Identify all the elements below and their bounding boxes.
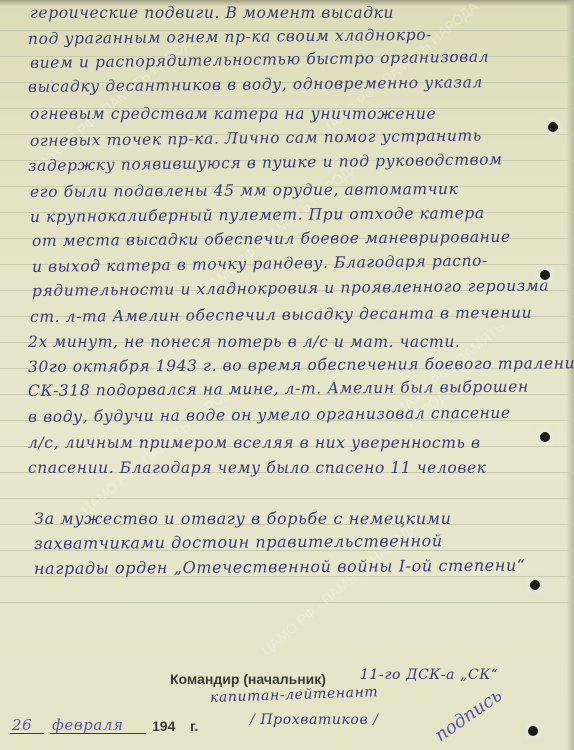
- body-line: под ураганным огнем пр-ка своим хладнокр…: [28, 26, 432, 48]
- body-line: героические подвиги. В момент высадки: [30, 4, 394, 22]
- date-month-underline: [50, 733, 146, 734]
- conclusion-line: захватчиками достоин правительственной: [34, 531, 443, 553]
- body-line: ст. л-та Амелин обеспечил высадку десант…: [30, 304, 532, 326]
- punch-hole: [540, 432, 550, 442]
- body-line: его были подавлены 45 мм орудие, автомат…: [30, 180, 459, 201]
- body-line: огневым средствам катера на уничтожение: [30, 105, 436, 123]
- punch-hole: [540, 270, 550, 280]
- body-line: 30го октября 1943 г. во время обеспечени…: [28, 354, 574, 376]
- conclusion-line: награды орден „Отечественной войны I-ой …: [34, 556, 526, 578]
- document-page: ЦАМО РФ · ПАМЯТЬ НАРОДА ЦАМО РФ · ПАМЯТЬ…: [0, 0, 574, 750]
- ruled-line: [0, 602, 574, 603]
- signature: подпись: [431, 685, 506, 746]
- commander-label: Командир (начальник): [170, 671, 326, 687]
- body-line: от места высадки обеспечил боевое маневр…: [32, 228, 511, 250]
- commander-name: / Прохватиков /: [250, 712, 379, 728]
- body-line: и крупнокалиберный пулемет. При отходе к…: [30, 204, 485, 226]
- body-line: вием и распорядительностью быстро органи…: [30, 48, 489, 72]
- body-line: огневых точек пр-ка. Лично сам помог уст…: [30, 126, 482, 150]
- rank-handwritten: капитан-лейтенант: [210, 684, 379, 706]
- date-suffix: г.: [190, 718, 198, 734]
- body-line: и выход катера в точку рандеву. Благодар…: [32, 252, 488, 276]
- body-line: высадку десантников в воду, одновременно…: [28, 73, 483, 96]
- body-line: рядительности и хладнокровия и проявленн…: [32, 277, 549, 300]
- body-line: спасении. Благодаря чему было спасено 11…: [28, 459, 487, 477]
- date-day: 26: [12, 716, 32, 734]
- body-line: СК-318 подорвался на мине, л-т. Амелин б…: [28, 378, 529, 400]
- body-line: задержку появившуюся в пушке и под руков…: [28, 150, 503, 175]
- body-line: 2х минут, не понеся потерь в л/с и мат. …: [28, 333, 460, 351]
- punch-hole: [528, 726, 538, 736]
- punch-hole: [548, 122, 558, 132]
- watermark: ЦАМО РФ · ПАМЯТЬ НАРОДА: [198, 158, 361, 298]
- unit-handwritten: 11-го ДСК-а „СК“: [360, 667, 499, 683]
- body-line: л/с, личным примером вселяя в них уверен…: [28, 434, 481, 452]
- punch-hole: [530, 580, 540, 590]
- body-line: в воду, будучи на воде он умело организо…: [28, 404, 511, 426]
- conclusion-line: За мужество и отвагу в борьбе с немецким…: [34, 509, 452, 528]
- date-day-underline: [10, 733, 44, 734]
- date-month: февраля: [52, 716, 124, 734]
- page-right-edge: [566, 0, 574, 750]
- date-year: 194: [152, 718, 175, 734]
